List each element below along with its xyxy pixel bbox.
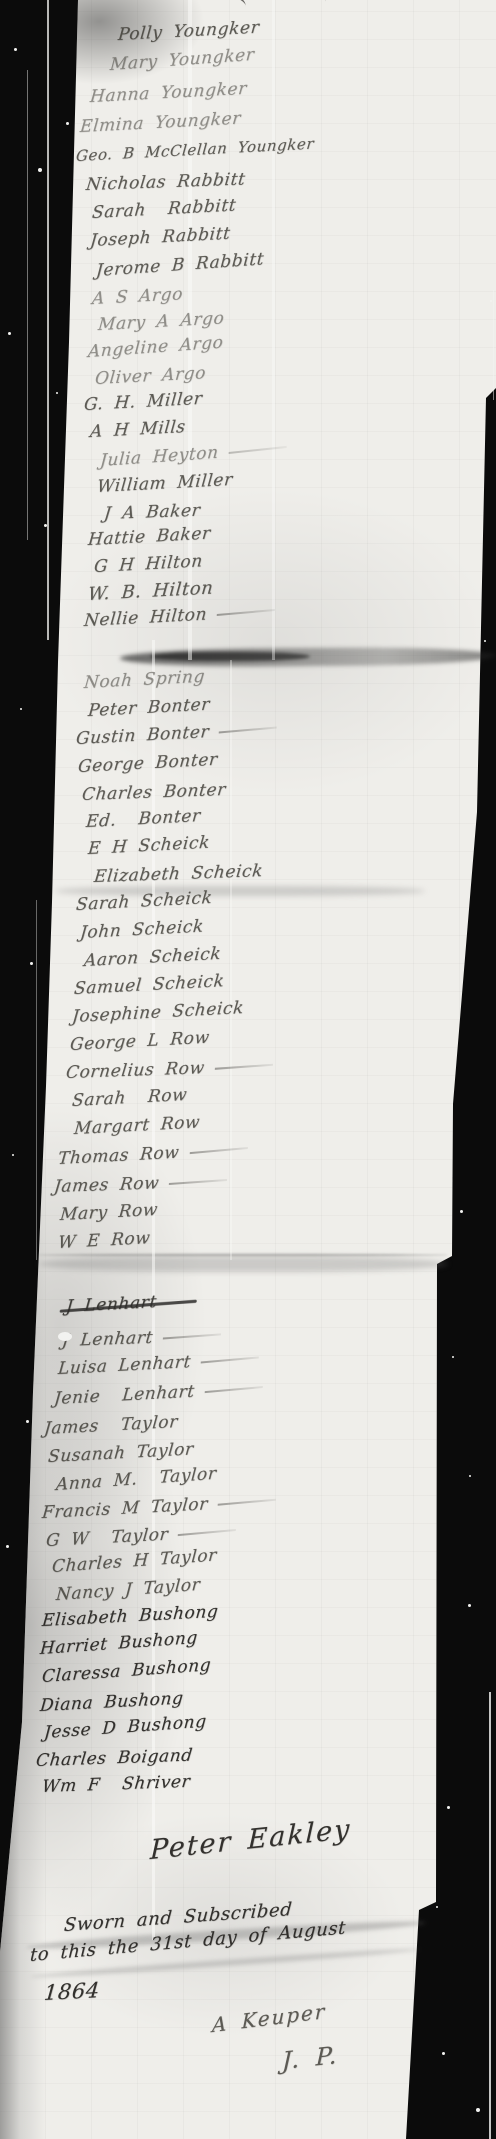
page-edge-smudge [38,1256,448,1272]
scan-streak [272,0,275,660]
film-speck [490,300,492,302]
film-speck [66,122,69,125]
film-speck [26,1420,29,1423]
film-speck [6,1545,9,1548]
film-speck [38,168,42,172]
roster-entry: J A Baker [103,502,201,524]
film-speck [20,708,22,710]
film-speck [468,1604,471,1607]
film-streak [36,900,37,1260]
film-speck [56,392,58,394]
document-scan: Polly Youngker Mary Youngker Hanna Young… [0,0,496,2139]
film-speck [442,2052,445,2055]
film-streak [27,70,28,540]
film-speck [8,332,11,335]
film-streak [493,290,494,400]
film-speck [476,2108,480,2112]
film-speck [469,1475,471,1477]
film-speck [30,962,33,965]
film-speck [460,1210,463,1213]
film-speck [436,1906,438,1908]
film-speck [44,524,47,527]
film-speck [14,48,17,51]
justice-signature-suffix: J. P. [282,2042,340,2075]
film-speck [12,1154,14,1156]
film-speck [452,1356,454,1358]
film-speck [484,640,486,642]
film-streak [489,1692,491,2139]
scan-streak [230,660,232,1260]
film-speck [58,1332,72,1341]
page-edge-line [38,1254,448,1256]
film-streak [47,0,49,640]
attestation-year: 1864 [43,1979,101,2005]
film-speck [447,1806,450,1809]
